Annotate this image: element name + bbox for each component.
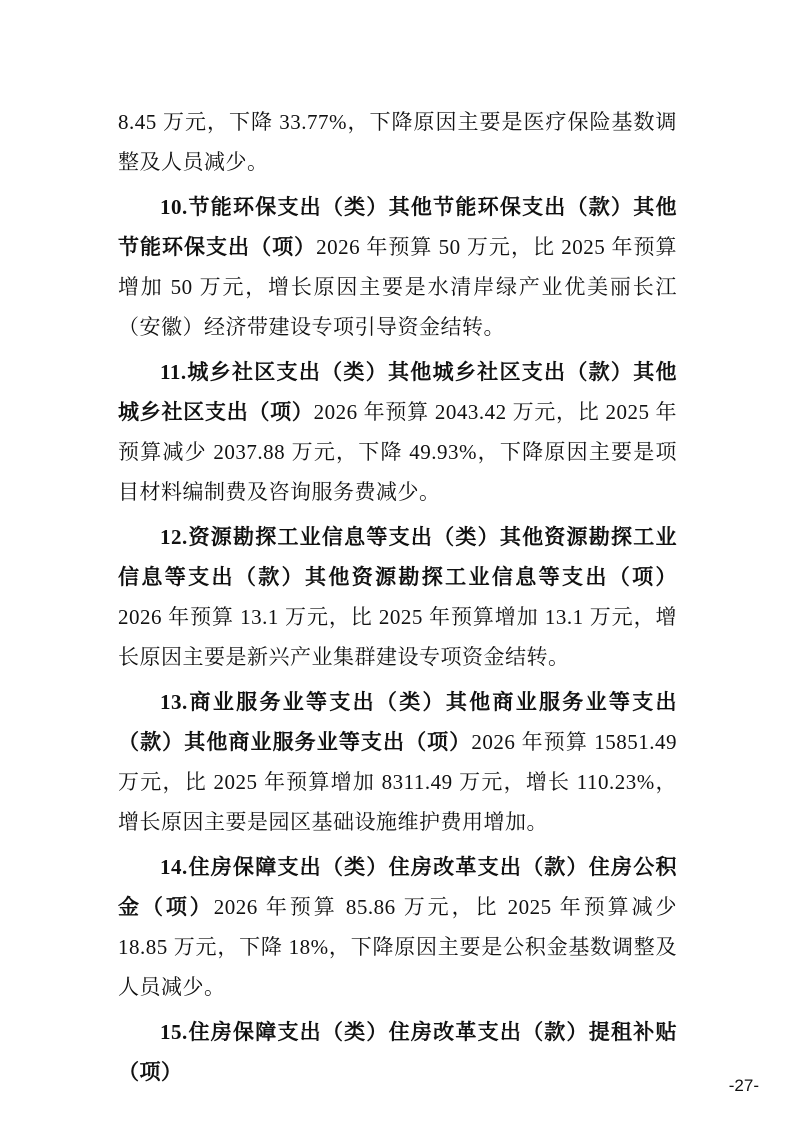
paragraph-12-heading: 12.资源勘探工业信息等支出（类）其他资源勘探工业信息等支出（款）其他资源勘探工… <box>118 525 677 589</box>
paragraph-11: 11.城乡社区支出（类）其他城乡社区支出（款）其他城乡社区支出（项）2026 年… <box>118 352 677 512</box>
paragraph-15: 15.住房保障支出（类）住房改革支出（款）提租补贴（项） <box>118 1012 677 1092</box>
document-body: 8.45 万元，下降 33.77%，下降原因主要是医疗保险基数调整及人员减少。 … <box>118 102 677 1097</box>
document-page: 8.45 万元，下降 33.77%，下降原因主要是医疗保险基数调整及人员减少。 … <box>0 0 793 1122</box>
paragraph-13: 13.商业服务业等支出（类）其他商业服务业等支出（款）其他商业服务业等支出（项）… <box>118 682 677 842</box>
paragraph-14: 14.住房保障支出（类）住房改革支出（款）住房公积金（项）2026 年预算 85… <box>118 847 677 1007</box>
paragraph-10: 10.节能环保支出（类）其他节能环保支出（款）其他节能环保支出（项）2026 年… <box>118 187 677 347</box>
paragraph-9-continuation: 8.45 万元，下降 33.77%，下降原因主要是医疗保险基数调整及人员减少。 <box>118 102 677 182</box>
paragraph-12: 12.资源勘探工业信息等支出（类）其他资源勘探工业信息等支出（款）其他资源勘探工… <box>118 517 677 677</box>
paragraph-15-heading: 15.住房保障支出（类）住房改革支出（款）提租补贴（项） <box>118 1020 677 1084</box>
paragraph-9-body: 8.45 万元，下降 33.77%，下降原因主要是医疗保险基数调整及人员减少。 <box>118 110 677 174</box>
paragraph-12-body: 2026 年预算 13.1 万元，比 2025 年预算增加 13.1 万元，增长… <box>118 605 677 669</box>
page-number: -27- <box>729 1077 759 1094</box>
